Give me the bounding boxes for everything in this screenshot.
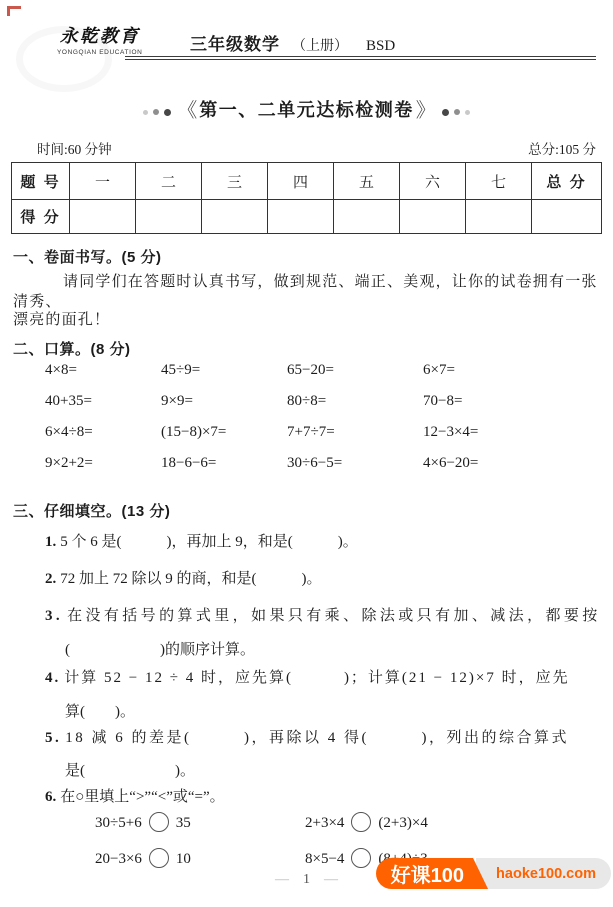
score-empty-cell [136, 200, 202, 234]
score-table-cell: 一 [70, 163, 136, 200]
fill-item-3-cont: ( )的顺序计算。 [65, 638, 255, 659]
course-title: 三年级数学 [190, 35, 280, 54]
fill-item-5-cont: 是( )。 [65, 759, 195, 780]
exam-title-row: 《第一、二单元达标检测卷》 [0, 94, 613, 123]
score-table-cell: 三 [202, 163, 268, 200]
publisher-logo-subtitle: YONGQIAN EDUCATION [57, 49, 142, 56]
comparison-circle [149, 812, 169, 832]
fill-item-3: 3.在没有括号的算式里，如果只有乘、除法或只有加、减法，都要按 [45, 604, 601, 625]
header-divider [125, 56, 596, 60]
exam-meta: 时间:60 分钟 总分:105 分 [37, 138, 596, 158]
time-limit: 时间:60 分钟 [37, 142, 112, 157]
fill-item-2: 2.72 加上 72 除以 9 的商，和是( )。 [45, 567, 601, 588]
fill-item-5: 5.18 减 6 的差是( )，再除以 4 得( )，列出的综合算式 [45, 726, 601, 747]
comparison-right: 10 [176, 851, 191, 867]
item-text: 在○里填上“>”“<”或“=”。 [60, 789, 224, 805]
item-number: 2. [45, 571, 56, 587]
score-table: 题 号 一 二 三 四 五 六 七 总 分 得 分 [11, 162, 602, 234]
comparison-right: (2+3)×4 [378, 815, 427, 831]
decor-dot [143, 110, 148, 115]
score-table-header-row: 题 号 一 二 三 四 五 六 七 总 分 [12, 163, 602, 200]
oral-problem: 9×2+2= [45, 455, 161, 472]
oral-problem: 18−6−6= [161, 455, 287, 472]
publisher-logo: 永乾教育 YONGQIAN EDUCATION [57, 22, 142, 56]
item-number: 6. [45, 789, 56, 805]
comparison-problem: 20−3×610 [95, 848, 305, 868]
score-table-cell: 题 号 [12, 163, 70, 200]
comparison-circle [351, 812, 371, 832]
item-number: 4. [45, 670, 60, 686]
item-text: 72 加上 72 除以 9 的商，和是( )。 [60, 571, 321, 587]
page-number-value: 1 [303, 872, 310, 887]
item-text: 18 减 6 的差是( )，再除以 4 得( )，列出的综合算式 [65, 730, 569, 746]
item-number: 3. [45, 608, 63, 624]
score-empty-cell [400, 200, 466, 234]
item-text: 计算 52 − 12 ÷ 4 时，应先算( )；计算(21 − 12)×7 时，… [64, 670, 569, 686]
corner-registration-mark [7, 6, 21, 16]
score-table-cell: 六 [400, 163, 466, 200]
title-bracket-right: 》 [416, 100, 436, 122]
comparison-problem: 2+3×4(2+3)×4 [305, 812, 593, 832]
comparison-circle [149, 848, 169, 868]
item-number: 5. [45, 730, 61, 746]
oral-problem: (15−8)×7= [161, 424, 287, 441]
oral-problem: 6×7= [423, 362, 603, 379]
oral-problem: 4×8= [45, 362, 161, 379]
item-text: 在没有括号的算式里，如果只有乘、除法或只有加、减法，都要按 [67, 608, 601, 624]
oral-problem: 65−20= [287, 362, 423, 379]
oral-problem: 40+35= [45, 393, 161, 410]
comparison-left: 30÷5+6 [95, 815, 142, 831]
score-table-cell: 五 [334, 163, 400, 200]
test-paper-page: 永乾教育 YONGQIAN EDUCATION 三年级数学 （上册） BSD 《… [0, 0, 613, 907]
decor-dot [153, 109, 159, 115]
oral-problem: 30÷6−5= [287, 455, 423, 472]
course-code: BSD [366, 38, 395, 54]
oral-problem: 70−8= [423, 393, 603, 410]
fill-item-4-cont: 算( )。 [65, 700, 135, 721]
score-table-cell: 总 分 [532, 163, 602, 200]
page-number-dash: — [324, 872, 338, 887]
oral-problem: 80÷8= [287, 393, 423, 410]
comparison-left: 20−3×6 [95, 851, 142, 867]
score-empty-cell [466, 200, 532, 234]
fill-item-1: 1.5 个 6 是( )，再加上 9，和是( )。 [45, 530, 601, 551]
comparison-left: 8×5−4 [305, 851, 344, 867]
section1-text-line2: 漂亮的面孔！ [13, 308, 110, 329]
brand-name: 好课100 [376, 858, 488, 889]
oral-problem: 45÷9= [161, 362, 287, 379]
oral-problem: 12−3×4= [423, 424, 603, 441]
fill-item-6: 6.在○里填上“>”“<”或“=”。 [45, 785, 601, 806]
comparison-left: 2+3×4 [305, 815, 344, 831]
score-empty-cell [70, 200, 136, 234]
brand-url: haoke100.com [476, 858, 611, 889]
score-table-cell: 四 [268, 163, 334, 200]
exam-title: 第一、二单元达标检测卷 [199, 100, 414, 120]
page-number-dash: — [275, 872, 289, 887]
comparison-problem: 30÷5+635 [95, 812, 305, 832]
course-header: 三年级数学 （上册） BSD [190, 30, 395, 55]
total-score: 总分:105 分 [528, 138, 596, 158]
haoke100-watermark-banner: 好课100 haoke100.com [376, 858, 611, 889]
item-text: 5 个 6 是( )，再加上 9，和是( )。 [60, 534, 357, 550]
item-number: 1. [45, 534, 56, 550]
score-empty-cell [268, 200, 334, 234]
oral-problem: 6×4÷8= [45, 424, 161, 441]
oral-problem: 7+7÷7= [287, 424, 423, 441]
decor-dot [465, 110, 470, 115]
score-table-cell: 二 [136, 163, 202, 200]
section1-title: 一、卷面书写。(5 分) [13, 246, 162, 267]
oral-math-grid: 4×8= 45÷9= 65−20= 6×7= 40+35= 9×9= 80÷8=… [45, 362, 603, 472]
decor-dot [164, 109, 171, 116]
oral-problem: 4×6−20= [423, 455, 603, 472]
score-empty-cell [202, 200, 268, 234]
oral-problem: 9×9= [161, 393, 287, 410]
decor-dot [454, 109, 460, 115]
comparison-right: 35 [176, 815, 191, 831]
fill-item-4: 4.计算 52 − 12 ÷ 4 时，应先算( )；计算(21 − 12)×7 … [45, 666, 601, 687]
section2-title: 二、口算。(8 分) [13, 338, 131, 359]
decor-dot [442, 109, 449, 116]
score-row-label: 得 分 [12, 200, 70, 234]
publisher-logo-title: 永乾教育 [57, 22, 142, 48]
section3-title: 三、仔细填空。(13 分) [13, 500, 170, 521]
score-empty-cell [532, 200, 602, 234]
score-table-cell: 七 [466, 163, 532, 200]
section1-text-line1: 请同学们在答题时认真书写，做到规范、端正、美观，让你的试卷拥有一张清秀、 [13, 272, 600, 312]
score-table-score-row: 得 分 [12, 200, 602, 234]
title-bracket-left: 《 [177, 100, 197, 122]
score-empty-cell [334, 200, 400, 234]
course-volume: （上册） [292, 39, 348, 54]
comparison-circle [351, 848, 371, 868]
